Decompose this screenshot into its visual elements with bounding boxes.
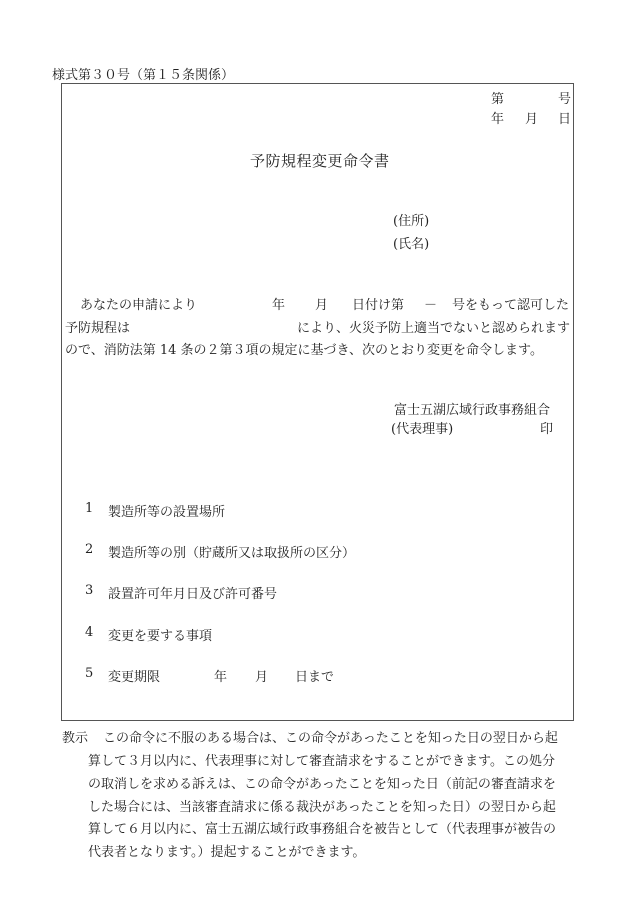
notice-line: 算して６月以内に、富士五湖広域行政事務組合を被告として（代表理事が被告の: [88, 818, 556, 837]
body-text-order: ので、消防法第 14 条の２第３項の規定に基づき、次のとおり変更を命令します。: [65, 339, 543, 358]
item-permit-date-number: 設置許可年月日及び許可番号: [108, 583, 277, 602]
item-number: 1: [85, 501, 93, 516]
address-label: (住所): [393, 210, 429, 229]
item-facility-type: 製造所等の別（貯蔵所又は取扱所の区分）: [108, 542, 355, 561]
item-change-deadline: 変更期限: [108, 666, 160, 685]
body-dash: －: [424, 294, 437, 313]
issuer-title: (代表理事): [391, 418, 453, 437]
document-title: 予防規程変更命令書: [250, 150, 390, 171]
body-year: 年: [272, 294, 285, 313]
notice-label: 教示: [62, 727, 88, 746]
item-required-changes: 変更を要する事項: [108, 625, 212, 644]
notice-line: この命令に不服のある場合は、この命令があったことを知った日の翌日から起: [103, 727, 558, 746]
name-label: (氏名): [393, 233, 429, 252]
item-number: 2: [85, 542, 93, 557]
body-text-approved: 号をもって認可した: [452, 294, 569, 313]
form-number-label: 様式第３０号（第１５条関係）: [52, 64, 234, 83]
deadline-month: 月: [255, 666, 268, 685]
deadline-year: 年: [214, 666, 227, 685]
deadline-day: 日まで: [295, 666, 334, 685]
notice-line: 代表者となります。）提起することができます。: [88, 841, 365, 860]
notice-line: した場合には、当該審査請求に係る裁決があったことを知った日）の翌日から起: [88, 796, 556, 815]
body-text-rules: 予防規程は: [65, 317, 130, 336]
notice-line: の取消しを求める訴えは、この命令があったことを知った日（前記の審査請求を: [88, 773, 556, 792]
body-text-reason: により、火災予防上適当でないと認められます: [297, 317, 570, 336]
item-number: 5: [85, 666, 93, 681]
notice-line: 算して３月以内に、代表理事に対して審査請求をすることができます。この処分: [88, 750, 555, 769]
item-number: 3: [85, 583, 93, 598]
seal-mark: 印: [540, 418, 553, 437]
date-month-label: 月: [525, 108, 538, 127]
issuer-organization: 富士五湖広域行政事務組合: [394, 399, 550, 418]
number-suffix: 号: [558, 88, 571, 107]
body-day-number: 日付け第: [352, 294, 404, 313]
body-month: 月: [315, 294, 328, 313]
body-text-intro: あなたの申請により: [80, 294, 197, 313]
date-day-label: 日: [558, 108, 571, 127]
item-installation-location: 製造所等の設置場所: [108, 501, 225, 520]
date-year-label: 年: [491, 108, 504, 127]
item-number: 4: [85, 625, 93, 640]
number-prefix: 第: [491, 88, 504, 107]
